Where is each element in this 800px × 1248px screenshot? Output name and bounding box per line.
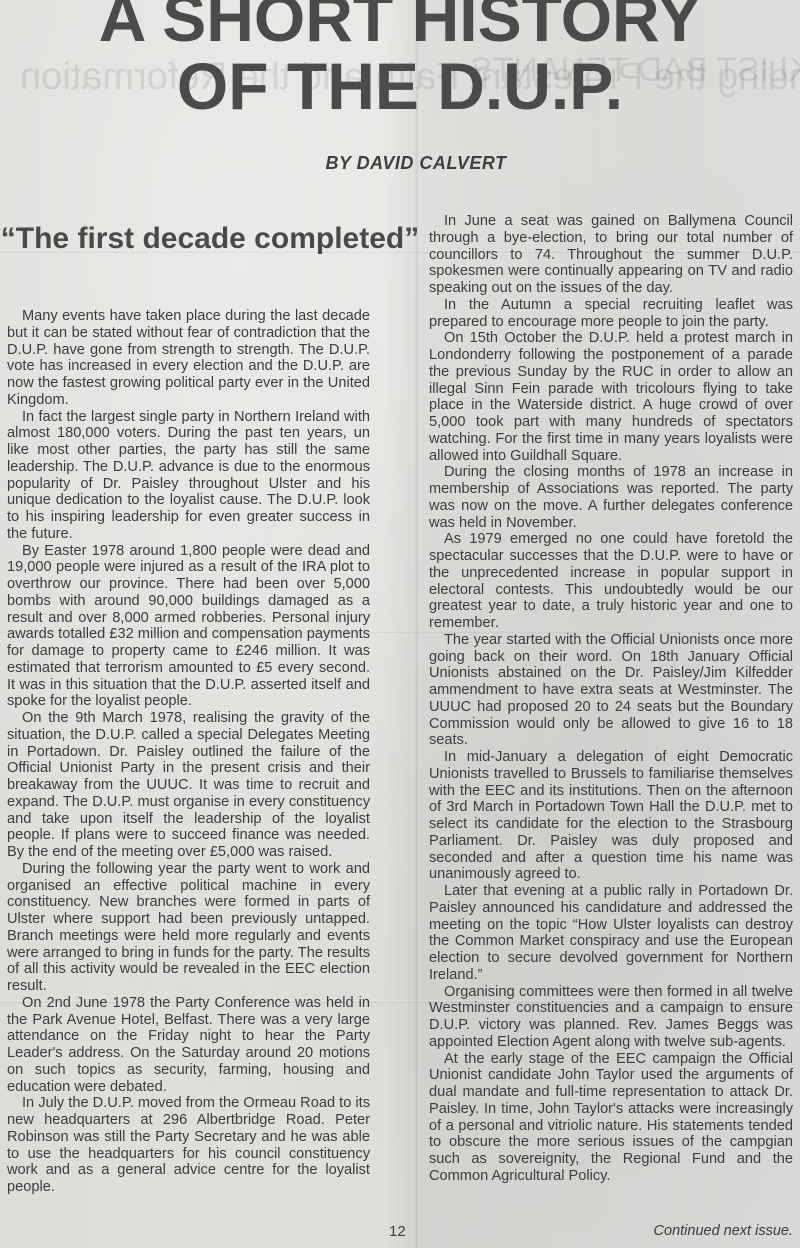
subheading: “The first decade completed” xyxy=(0,222,420,256)
paragraph: As 1979 emerged no one could have foreto… xyxy=(429,531,793,632)
paragraph: By Easter 1978 around 1,800 people were … xyxy=(7,543,370,711)
paragraph: During the following year the party went… xyxy=(7,861,370,995)
paragraph: In the Autumn a special recruiting leafl… xyxy=(429,297,793,331)
paragraph: During the closing months of 1978 an inc… xyxy=(429,464,793,531)
page-number: 12 xyxy=(389,1223,406,1240)
paragraph: Many events have taken place during the … xyxy=(7,308,370,409)
byline: BY DAVID CALVERT xyxy=(0,153,800,174)
paragraph: In June a seat was gained on Ballymena C… xyxy=(429,213,793,297)
headline-line-1: A SHORT HISTORY xyxy=(0,0,800,48)
headline: A SHORT HISTORY OF THE D.U.P. xyxy=(0,0,800,116)
headline-line-2: OF THE D.U.P. xyxy=(0,56,800,116)
paragraph: On 15th October the D.U.P. held a protes… xyxy=(429,330,793,464)
paragraph: On 2nd June 1978 the Party Conference wa… xyxy=(7,995,370,1096)
vertical-fold xyxy=(414,0,420,1248)
continued-note: Continued next issue. xyxy=(654,1223,793,1239)
paragraph: In fact the largest single party in Nort… xyxy=(7,409,370,543)
paragraph: The year started with the Official Union… xyxy=(429,632,793,749)
paragraph: Organising committees were then formed i… xyxy=(429,984,793,1051)
left-column: Many events have taken place during the … xyxy=(7,308,370,1196)
right-column: In June a seat was gained on Ballymena C… xyxy=(429,213,793,1185)
paragraph: Later that evening at a public rally in … xyxy=(429,883,793,984)
paragraph: On the 9th March 1978, realising the gra… xyxy=(7,710,370,861)
paragraph: In July the D.U.P. moved from the Ormeau… xyxy=(7,1095,370,1196)
paragraph: In mid-January a delegation of eight Dem… xyxy=(429,749,793,883)
paragraph: At the early stage of the EEC campaign t… xyxy=(429,1051,793,1185)
